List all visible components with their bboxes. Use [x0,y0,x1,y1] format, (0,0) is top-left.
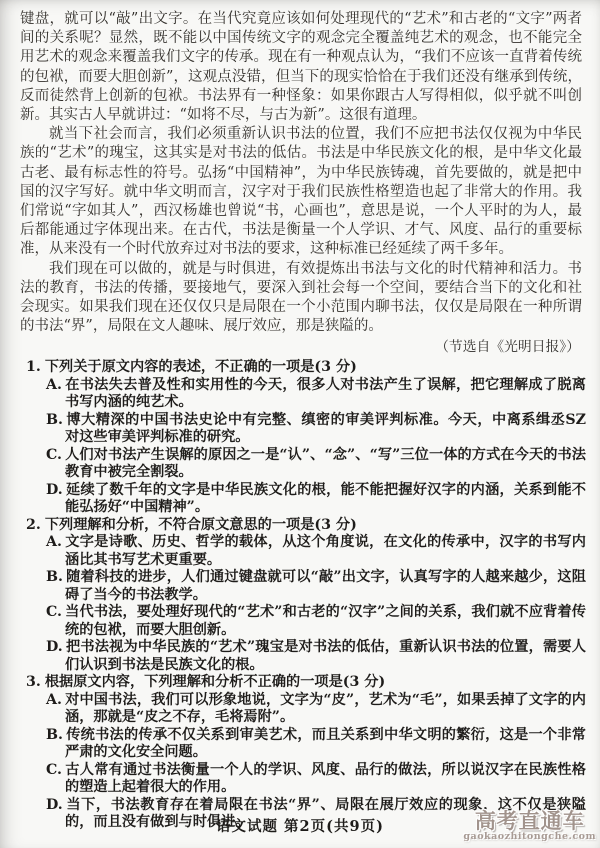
option-text: 传统书法的传承不仅关系到审美艺术，而且关系到中华文明的繁衍，这是一个非常严肃的文… [65,727,586,761]
question-2-option-d: D.把书法视为中华民族的“艺术”瑰宝是对书法的低估，重新认识书法的位置，需要人们… [46,639,586,674]
question-1-number: 1. [26,359,41,375]
option-label-b: B. [46,727,63,743]
option-text: 文字是诗歌、历史、哲学的载体，从这个角度说，在文化的传承中，汉字的书写内涵比其书… [65,534,586,568]
question-3-option-a: A.对中国书法，我们可以形象地说，文字为“皮”，艺术为“毛”，如果丢掉了文字的内… [46,692,586,727]
option-label-c: C. [46,604,62,620]
option-text: 古人常有通过书法衡量一个人的学识、风度、品行的做法，所以说汉字在民族性格的塑造上… [65,762,586,796]
question-1-option-c: C.人们对书法产生误解的原因之一是“认”、“念”、“写”三位一体的方式在今天的书… [46,447,586,482]
option-label-a: A. [46,534,62,550]
option-label-a: A. [46,377,62,393]
question-2-options: A.文字是诗歌、历史、哲学的载体，从这个角度说，在文化的传承中，汉字的书写内涵比… [46,534,586,674]
page-footer: 语文试题第2页(共9页) [0,815,600,836]
option-text: 延续了数千年的文字是中华民族文化的根，能不能把握好汉字的内涵，关系到能不能弘扬好… [65,482,586,516]
option-text: 随着科技的进步，人们通过键盘就可以“敲”出文字，认真写字的人越来越少，这阻碍了当… [65,569,586,603]
question-3-option-b: B.传统书法的传承不仅关系到审美艺术，而且关系到中华文明的繁衍，这是一个非常严肃… [46,727,586,762]
option-label-d: D. [46,797,63,813]
question-1-option-b: B.博大精深的中国书法史论中有完整、缜密的审美评判标准。今天，中离系缉丞SZ 对… [46,412,586,447]
question-2-option-b: B.随着科技的进步，人们通过键盘就可以“敲”出文字，认真写字的人越来越少，这阻碍… [46,569,586,604]
reading-passage: 键盘，就可以“敲”出文字。在当代究竟应该如何处理现代的“艺术”和古老的“文字”两… [20,10,582,336]
question-2: 2.下列理解和分析，不符合原文意思的一项是(3 分) A.文字是诗歌、历史、哲学… [26,517,586,675]
questions-section: 1.下列关于原文内容的表述，不正确的一项是(3 分) A.在书法失去普及性和实用… [26,359,586,832]
footer-exam-title: 语文试题 [216,818,278,835]
question-1-stem: 1.下列关于原文内容的表述，不正确的一项是(3 分) [26,359,586,377]
option-text: 人们对书法产生误解的原因之一是“认”、“念”、“写”三位一体的方式在今天的书法教… [65,447,586,481]
passage-paragraph-3: 我们现在可以做的，就是与时俱进，有效提炼出书法与文化的时代精神和活力。书法的教育… [20,260,582,337]
question-3-stem: 3.根据原文内容，下列理解和分析不正确的一项是(3 分) [26,674,586,692]
question-2-option-a: A.文字是诗歌、历史、哲学的载体，从这个角度说，在文化的传承中，汉字的书写内涵比… [46,534,586,569]
option-label-b: B. [46,412,63,428]
question-3-number: 3. [26,674,41,690]
footer-page-number: 第2页(共9页) [284,818,384,835]
passage-paragraph-1: 键盘，就可以“敲”出文字。在当代究竟应该如何处理现代的“艺术”和古老的“文字”两… [20,10,582,125]
option-label-b: B. [46,569,63,585]
option-label-c: C. [46,762,62,778]
option-text: 博大精深的中国书法史论中有完整、缜密的审美评判标准。今天，中离系缉丞SZ 对这些… [65,412,586,446]
question-3: 3.根据原文内容，下列理解和分析不正确的一项是(3 分) A.对中国书法，我们可… [26,674,586,832]
question-3-stem-text: 根据原文内容，下列理解和分析不正确的一项是(3 分) [45,674,385,690]
question-2-stem-text: 下列理解和分析，不符合原文意思的一项是(3 分) [45,517,357,533]
passage-paragraph-2: 就当下社会而言，我们必须重新认识书法的位置，我们不应把书法仅仅视为中华民族的“艺… [20,125,582,259]
question-2-option-c: C.当代书法，要处理好现代的“艺术”和古老的“汉字”之间的关系，我们就不应背着传… [46,604,586,639]
option-label-a: A. [46,692,62,708]
exam-paper-page: 键盘，就可以“敲”出文字。在当代究竟应该如何处理现代的“艺术”和古老的“文字”两… [0,0,600,848]
option-label-c: C. [46,447,62,463]
question-3-options: A.对中国书法，我们可以形象地说，文字为“皮”，艺术为“毛”，如果丢掉了文字的内… [46,692,586,832]
question-2-stem: 2.下列理解和分析，不符合原文意思的一项是(3 分) [26,517,586,535]
option-text: 在书法失去普及性和实用性的今天，很多人对书法产生了误解，把它理解成了脱离书写内涵… [65,377,586,411]
option-text: 把书法视为中华民族的“艺术”瑰宝是对书法的低估，重新认识书法的位置，需要人们认识… [65,639,586,673]
question-1-options: A.在书法失去普及性和实用性的今天，很多人对书法产生了误解，把它理解成了脱离书写… [46,377,586,517]
question-1: 1.下列关于原文内容的表述，不正确的一项是(3 分) A.在书法失去普及性和实用… [26,359,586,517]
option-label-d: D. [46,482,63,498]
question-1-stem-text: 下列关于原文内容的表述，不正确的一项是(3 分) [45,359,357,375]
option-text: 对中国书法，我们可以形象地说，文字为“皮”，艺术为“毛”，如果丢掉了文字的内涵，… [65,692,586,726]
question-3-option-c: C.古人常有通过书法衡量一个人的学识、风度、品行的做法，所以说汉字在民族性格的塑… [46,762,586,797]
question-1-option-d: D.延续了数千年的文字是中华民族文化的根，能不能把握好汉字的内涵，关系到能不能弘… [46,482,586,517]
question-1-option-a: A.在书法失去普及性和实用性的今天，很多人对书法产生了误解，把它理解成了脱离书写… [46,377,586,412]
passage-source-attribution: （节选自《光明日报》） [0,338,580,356]
question-2-number: 2. [26,517,41,533]
option-label-d: D. [46,639,63,655]
option-text: 当代书法，要处理好现代的“艺术”和古老的“汉字”之间的关系，我们就不应背着传统的… [65,604,586,638]
